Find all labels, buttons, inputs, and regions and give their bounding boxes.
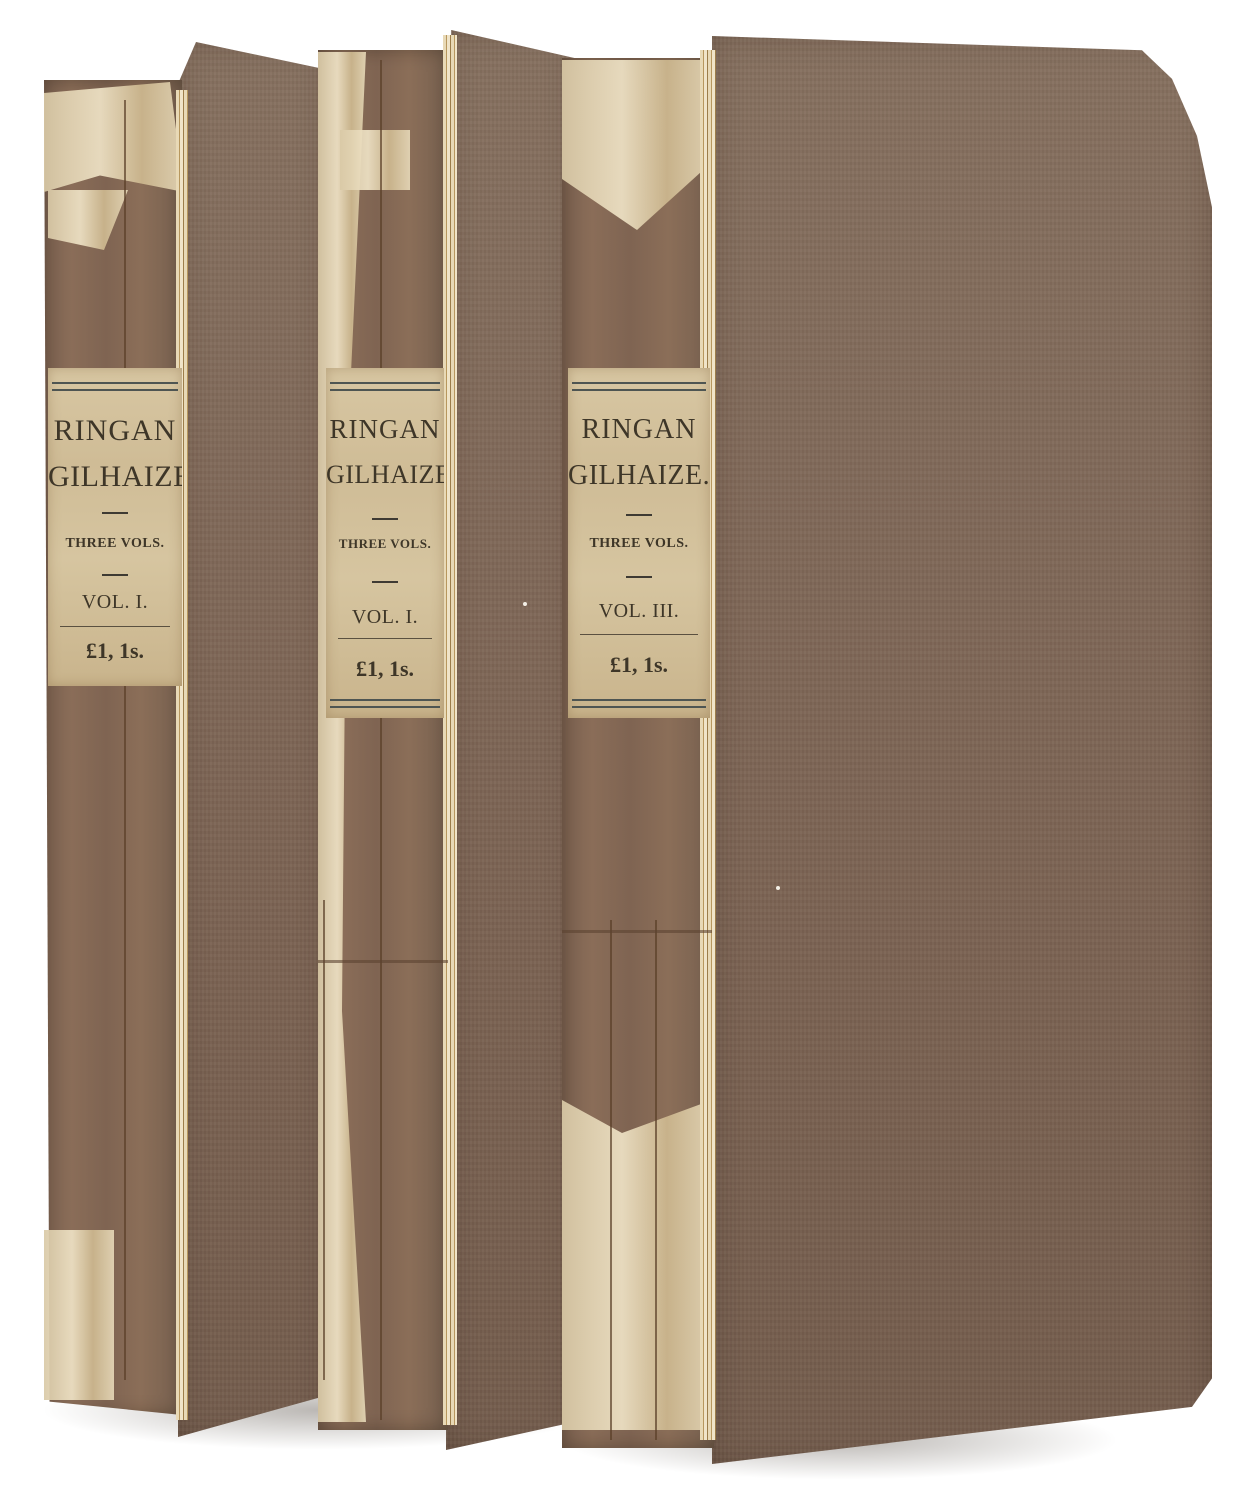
label-title-line2: GILHAIZE. bbox=[326, 460, 444, 490]
label-rule bbox=[52, 382, 178, 391]
page-edge bbox=[443, 35, 457, 1425]
spine-crack bbox=[323, 900, 325, 1380]
spine-label: RINGAN GILHAIZE. THREE VOLS. VOL. I. £1,… bbox=[48, 368, 182, 686]
label-title-line1: RINGAN bbox=[568, 414, 710, 446]
label-set-info: THREE VOLS. bbox=[568, 536, 710, 552]
page-edge bbox=[176, 90, 188, 1420]
label-rule bbox=[330, 699, 440, 708]
label-price: £1, 1s. bbox=[48, 638, 182, 664]
page-edge bbox=[700, 50, 716, 1440]
torn-paper bbox=[340, 130, 410, 190]
front-board bbox=[712, 36, 1212, 1464]
label-set-info: THREE VOLS. bbox=[326, 536, 444, 552]
label-title-line1: RINGAN bbox=[48, 414, 182, 448]
sewing-band bbox=[318, 960, 448, 963]
torn-paper bbox=[44, 82, 184, 192]
label-volume: VOL. I. bbox=[326, 606, 444, 629]
spine-label: RINGAN GILHAIZE. THREE VOLS. VOL. III. £… bbox=[568, 368, 710, 718]
label-price: £1, 1s. bbox=[568, 652, 710, 678]
label-dash bbox=[102, 574, 128, 576]
book-photo: RINGAN GILHAIZE. THREE VOLS. VOL. I. £1,… bbox=[0, 0, 1246, 1500]
label-thin-rule bbox=[338, 638, 432, 639]
label-price: £1, 1s. bbox=[326, 656, 444, 682]
label-title-line2: GILHAIZE. bbox=[568, 460, 710, 492]
torn-paper bbox=[44, 1230, 114, 1400]
label-rule bbox=[572, 699, 706, 708]
label-volume: VOL. I. bbox=[48, 591, 182, 614]
torn-paper bbox=[562, 1100, 712, 1430]
label-thin-rule bbox=[60, 626, 170, 627]
label-volume: VOL. III. bbox=[568, 600, 710, 623]
spine bbox=[44, 80, 182, 1415]
label-title-line2: GILHAIZE. bbox=[48, 460, 182, 494]
spine-crack bbox=[610, 920, 612, 1440]
label-rule bbox=[330, 382, 440, 391]
spine-label: RINGAN GILHAIZE. THREE VOLS. VOL. I. £1,… bbox=[326, 368, 444, 718]
label-dash bbox=[372, 518, 398, 520]
label-dash bbox=[626, 514, 652, 516]
label-title-line1: RINGAN bbox=[326, 414, 444, 445]
sewing-band bbox=[562, 930, 712, 933]
board-speck bbox=[776, 886, 780, 890]
spine-crack bbox=[124, 100, 126, 1380]
spine-crack bbox=[380, 60, 382, 1420]
label-thin-rule bbox=[580, 634, 698, 635]
spine-crack bbox=[655, 920, 657, 1440]
label-rule bbox=[572, 382, 706, 391]
front-board bbox=[178, 42, 328, 1437]
label-dash bbox=[372, 581, 398, 583]
front-board bbox=[446, 30, 576, 1450]
label-set-info: THREE VOLS. bbox=[48, 536, 182, 552]
board-speck bbox=[523, 602, 527, 606]
label-dash bbox=[102, 512, 128, 514]
label-dash bbox=[626, 576, 652, 578]
